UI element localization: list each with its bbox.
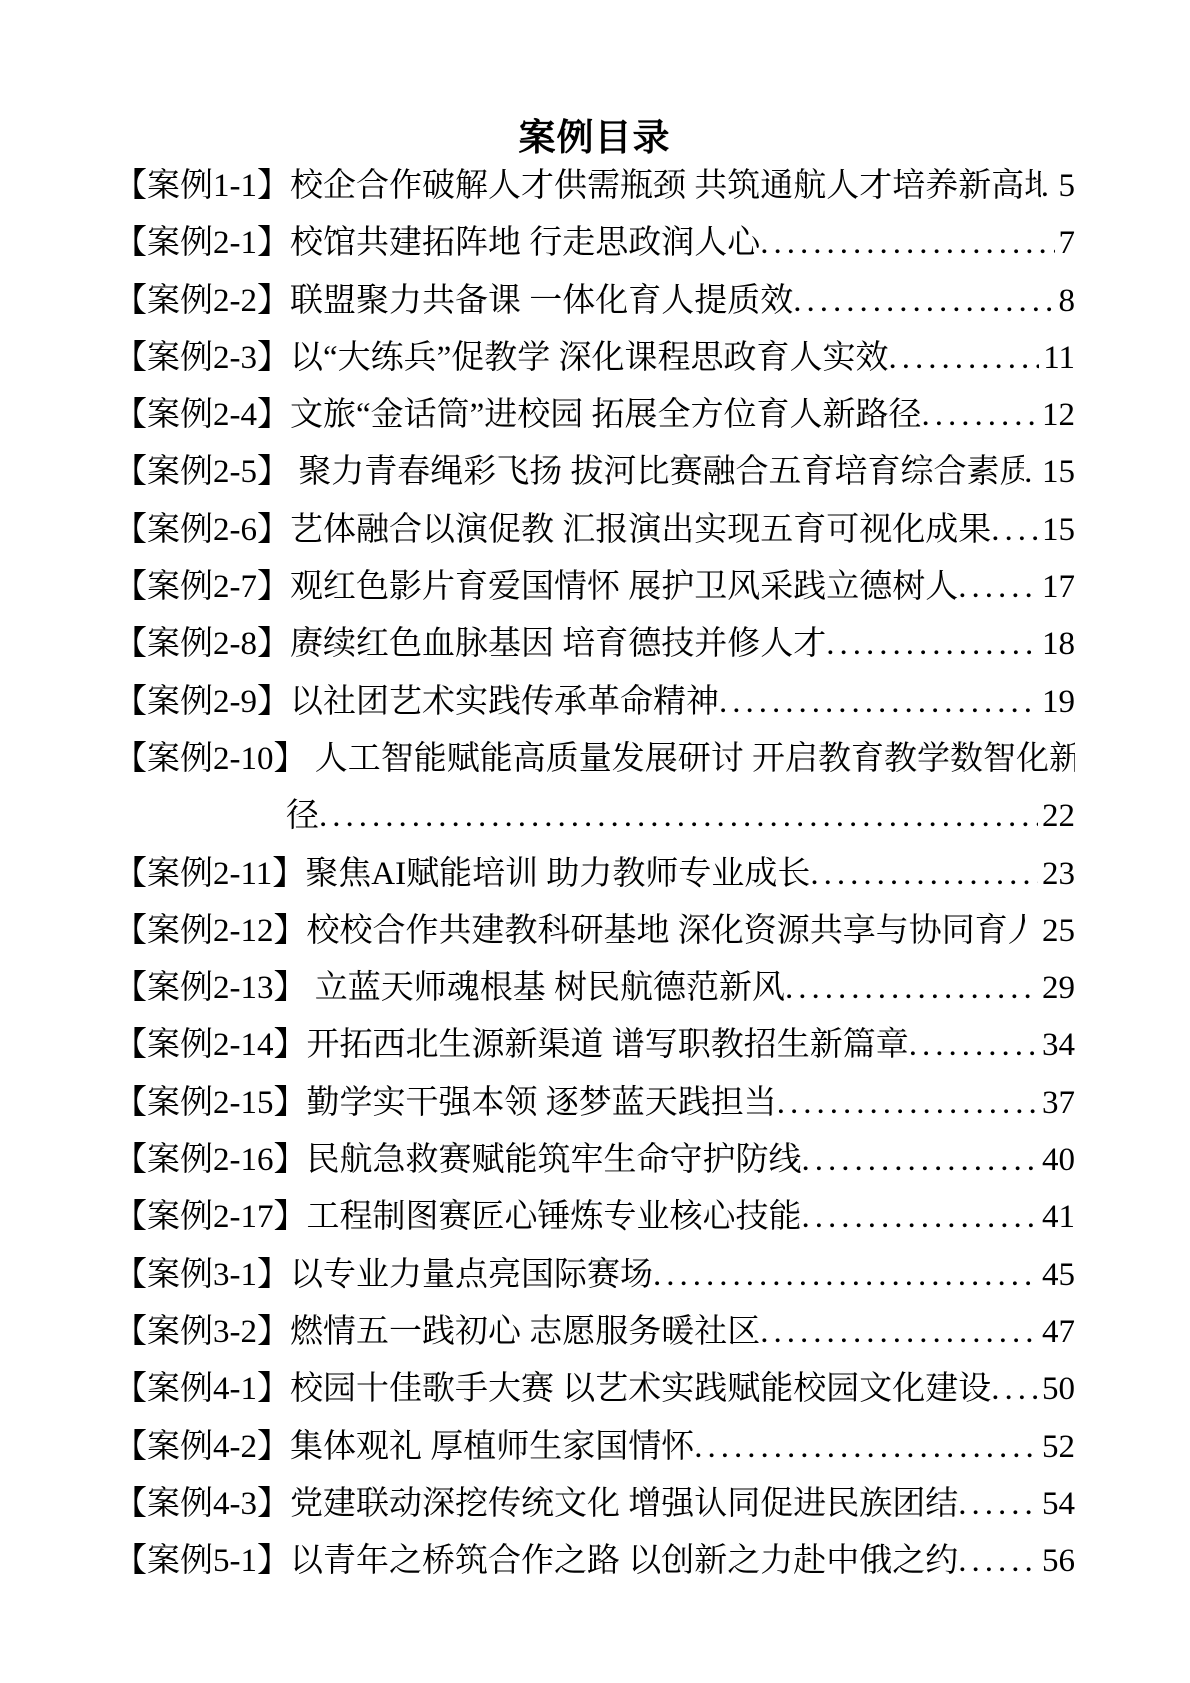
page-number: 12 (1038, 387, 1075, 444)
case-label: 【案例4-3】 (114, 1476, 290, 1533)
toc-entry[interactable]: 【案例5-1】 以青年之桥筑合作之路 以创新之力赴中俄之约 56 (114, 1533, 1075, 1590)
case-title: 民航急救赛赋能筑牢生命守护防线 (307, 1132, 802, 1189)
case-label: 【案例2-15】 (114, 1075, 307, 1132)
page-number: 34 (1038, 1017, 1075, 1074)
toc-entry[interactable]: 【案例2-11】 聚焦AI赋能培训 助力教师专业成长 23 (114, 846, 1075, 903)
dot-leader (760, 1304, 1038, 1361)
case-title: 以社团艺术实践传承革命精神 (290, 674, 719, 731)
page-number: 5 (1055, 158, 1076, 215)
page-number: 22 (1038, 788, 1075, 845)
case-title: 燃情五一践初心 志愿服务暖社区 (290, 1304, 760, 1361)
dot-leader (793, 273, 1054, 330)
dot-leader (319, 788, 1038, 845)
case-title: 校校合作共建教科研基地 深化资源共享与协同育人机制 (307, 903, 1026, 960)
toc-entry[interactable]: 【案例2-12】 校校合作共建教科研基地 深化资源共享与协同育人机制 25 (114, 903, 1075, 960)
dot-leader (958, 1476, 1038, 1533)
toc-entry[interactable]: 【案例2-6】 艺体融合以演促教 汇报演出实现五育可视化成果 15 (114, 502, 1075, 559)
dot-leader (991, 1361, 1038, 1418)
toc-list: 【案例1-1】 校企合作破解人才供需瓶颈 共筑通航人才培养新高地 5 【案例2-… (114, 158, 1075, 1590)
case-label: 【案例5-1】 (114, 1533, 290, 1590)
page-number: 41 (1038, 1189, 1075, 1246)
toc-entry[interactable]: 【案例4-2】 集体观礼 厚植师生家国情怀 52 (114, 1419, 1075, 1476)
toc-entry[interactable]: 【案例2-15】 勤学实干强本领 逐梦蓝天践担当 37 (114, 1075, 1075, 1132)
page-number: 17 (1038, 559, 1075, 616)
case-title: 校馆共建拓阵地 行走思政润人心 (290, 215, 760, 272)
case-label: 【案例3-2】 (114, 1304, 290, 1361)
case-label: 【案例4-1】 (114, 1361, 290, 1418)
page-number: 8 (1055, 273, 1076, 330)
dot-leader (785, 960, 1038, 1017)
page-number: 40 (1038, 1132, 1075, 1189)
case-label: 【案例2-2】 (114, 273, 290, 330)
page-number: 50 (1038, 1361, 1075, 1418)
case-title: 工程制图赛匠心锤炼专业核心技能 (307, 1189, 802, 1246)
case-label: 【案例2-9】 (114, 674, 290, 731)
toc-entry[interactable]: 【案例2-13】 立蓝天师魂根基 树民航德范新风 29 (114, 960, 1075, 1017)
case-label: 【案例2-8】 (114, 616, 290, 673)
page-number: 25 (1038, 903, 1075, 960)
dot-leader (958, 559, 1038, 616)
case-label: 【案例2-13】 (114, 960, 307, 1017)
page-title: 案例目录 (114, 118, 1075, 158)
case-label: 【案例2-4】 (114, 387, 290, 444)
toc-entry-continuation[interactable]: 径 22 (114, 788, 1075, 845)
toc-entry[interactable]: 【案例1-1】 校企合作破解人才供需瓶颈 共筑通航人才培养新高地 5 (114, 158, 1075, 215)
dot-leader (760, 215, 1054, 272)
case-label: 【案例2-6】 (114, 502, 290, 559)
case-title: 赓续红色血脉基因 培育德技并修人才 (290, 616, 826, 673)
toc-entry[interactable]: 【案例2-16】 民航急救赛赋能筑牢生命守护防线 40 (114, 1132, 1075, 1189)
case-label: 【案例2-1】 (114, 215, 290, 272)
page-number: 54 (1038, 1476, 1075, 1533)
dot-leader (719, 674, 1038, 731)
page-number: 15 (1038, 444, 1075, 501)
toc-entry[interactable]: 【案例4-3】 党建联动深挖传统文化 增强认同促进民族团结 54 (114, 1476, 1075, 1533)
toc-entry[interactable]: 【案例2-9】 以社团艺术实践传承革命精神 19 (114, 674, 1075, 731)
toc-entry[interactable]: 【案例2-5】 聚力青春绳彩飞扬 拔河比赛融合五育培育综合素质 15 (114, 444, 1075, 501)
toc-entry[interactable]: 【案例3-1】 以专业力量点亮国际赛场 45 (114, 1247, 1075, 1304)
case-label: 【案例2-12】 (114, 903, 307, 960)
case-title: 勤学实干强本领 逐梦蓝天践担当 (307, 1075, 777, 1132)
toc-entry[interactable]: 【案例2-3】 以“大练兵”促教学 深化课程思政育人实效 11 (114, 330, 1075, 387)
case-label: 【案例2-5】 (114, 444, 290, 501)
toc-entry[interactable]: 【案例2-17】 工程制图赛匠心锤炼专业核心技能 41 (114, 1189, 1075, 1246)
case-title: 聚焦AI赋能培训 助力教师专业成长 (305, 846, 810, 903)
page-number: 37 (1038, 1075, 1075, 1132)
case-title: 以专业力量点亮国际赛场 (290, 1247, 653, 1304)
case-label: 【案例1-1】 (114, 158, 290, 215)
case-title: 党建联动深挖传统文化 增强认同促进民族团结 (290, 1476, 958, 1533)
toc-entry[interactable]: 【案例2-1】 校馆共建拓阵地 行走思政润人心 7 (114, 215, 1075, 272)
page-number: 15 (1038, 502, 1075, 559)
case-label: 【案例2-3】 (114, 330, 290, 387)
page-number: 47 (1038, 1304, 1075, 1361)
dot-leader (810, 846, 1038, 903)
case-label: 【案例2-11】 (114, 846, 305, 903)
case-title: 立蓝天师魂根基 树民航德范新风 (307, 960, 786, 1017)
dot-leader (1041, 158, 1055, 215)
toc-entry[interactable]: 【案例2-7】 观红色影片育爱国情怀 展护卫风采践立德树人 17 (114, 559, 1075, 616)
dot-leader (889, 330, 1040, 387)
page-number: 29 (1038, 960, 1075, 1017)
page-number: 45 (1038, 1247, 1075, 1304)
case-title: 艺体融合以演促教 汇报演出实现五育可视化成果 (290, 502, 991, 559)
dot-leader (922, 387, 1038, 444)
page-number: 56 (1038, 1533, 1075, 1590)
page-number: 19 (1038, 674, 1075, 731)
toc-entry[interactable]: 【案例2-10】 人工智能赋能高质量发展研讨 开启教育教学数智化新路 (114, 731, 1075, 788)
case-title: 文旅“金话筒”进校园 拓展全方位育人新路径 (290, 387, 922, 444)
dot-leader (653, 1247, 1038, 1304)
case-title: 以“大练兵”促教学 深化课程思政育人实效 (290, 330, 889, 387)
toc-page: 案例目录 【案例1-1】 校企合作破解人才供需瓶颈 共筑通航人才培养新高地 5 … (0, 0, 1190, 1683)
case-title: 开拓西北生源新渠道 谱写职教招生新篇章 (307, 1017, 909, 1074)
dot-leader (958, 1533, 1038, 1590)
dot-leader (802, 1189, 1039, 1246)
case-title: 集体观礼 厚植师生家国情怀 (290, 1419, 694, 1476)
case-title: 校园十佳歌手大赛 以艺术实践赋能校园文化建设 (290, 1361, 991, 1418)
toc-entry[interactable]: 【案例2-2】 联盟聚力共备课 一体化育人提质效 8 (114, 273, 1075, 330)
toc-entry[interactable]: 【案例4-1】 校园十佳歌手大赛 以艺术实践赋能校园文化建设 50 (114, 1361, 1075, 1418)
page-number: 7 (1055, 215, 1076, 272)
case-title: 径 (286, 788, 319, 845)
case-title: 联盟聚力共备课 一体化育人提质效 (290, 273, 793, 330)
dot-leader (694, 1419, 1038, 1476)
case-label: 【案例2-7】 (114, 559, 290, 616)
case-title: 人工智能赋能高质量发展研讨 开启教育教学数智化新路 (307, 731, 1076, 788)
case-label: 【案例2-17】 (114, 1189, 307, 1246)
case-title: 聚力青春绳彩飞扬 拔河比赛融合五育培育综合素质 (290, 444, 1024, 501)
page-number: 18 (1038, 616, 1075, 673)
case-label: 【案例2-10】 (114, 731, 307, 788)
case-title: 以青年之桥筑合作之路 以创新之力赴中俄之约 (290, 1533, 958, 1590)
dot-leader (909, 1017, 1038, 1074)
case-label: 【案例4-2】 (114, 1419, 290, 1476)
case-title: 校企合作破解人才供需瓶颈 共筑通航人才培养新高地 (290, 158, 1041, 215)
toc-entry[interactable]: 【案例2-8】 赓续红色血脉基因 培育德技并修人才 18 (114, 616, 1075, 673)
toc-entry[interactable]: 【案例2-14】 开拓西北生源新渠道 谱写职教招生新篇章 34 (114, 1017, 1075, 1074)
case-label: 【案例3-1】 (114, 1247, 290, 1304)
page-number: 11 (1039, 330, 1075, 387)
case-title: 观红色影片育爱国情怀 展护卫风采践立德树人 (290, 559, 958, 616)
case-label: 【案例2-16】 (114, 1132, 307, 1189)
dot-leader (777, 1075, 1038, 1132)
page-number: 23 (1038, 846, 1075, 903)
case-label: 【案例2-14】 (114, 1017, 307, 1074)
dot-leader (826, 616, 1038, 673)
dot-leader (1024, 444, 1038, 501)
dot-leader (802, 1132, 1039, 1189)
page-number: 52 (1038, 1419, 1075, 1476)
toc-entry[interactable]: 【案例2-4】 文旅“金话筒”进校园 拓展全方位育人新路径 12 (114, 387, 1075, 444)
dot-leader (991, 502, 1038, 559)
toc-entry[interactable]: 【案例3-2】 燃情五一践初心 志愿服务暖社区 47 (114, 1304, 1075, 1361)
